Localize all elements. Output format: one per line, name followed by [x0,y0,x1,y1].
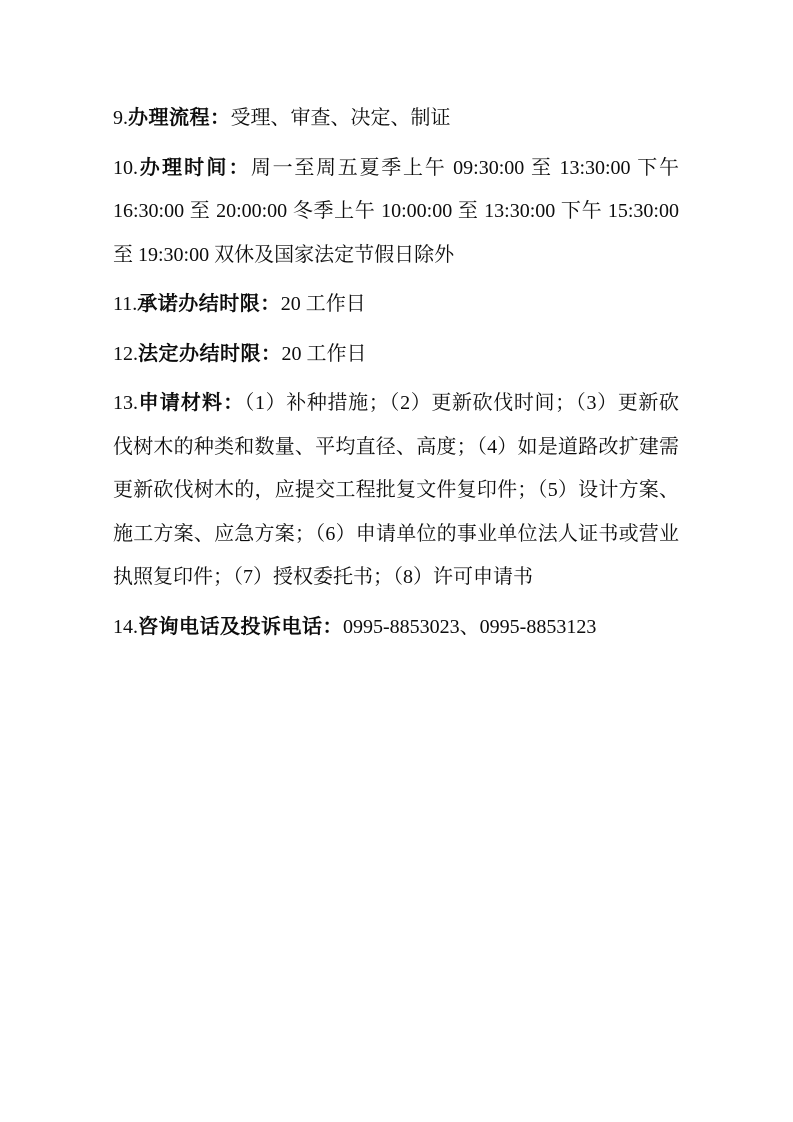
list-item-promised-deadline: 11.承诺办结时限：20 工作日 [113,283,679,327]
item-number: 12. [113,343,138,365]
document-page: 9.办理流程：受理、审查、决定、制证 10.办理时间：周一至周五夏季上午 09:… [0,0,793,1122]
item-label: 承诺办结时限： [137,293,281,315]
item-number: 14. [113,616,138,638]
list-item-application-materials: 13.申请材料：（1）补种措施；（2）更新砍伐时间；（3）更新砍伐树木的种类和数… [113,382,679,600]
item-content: 0995-8853023、0995-8853123 [343,616,596,638]
item-number: 13. [113,392,138,414]
item-label: 办理时间： [138,157,251,179]
item-content: 受理、审查、决定、制证 [231,107,451,129]
item-content: 20 工作日 [281,293,366,315]
item-content: （1）补种措施；（2）更新砍伐时间；（3）更新砍伐树木的种类和数量、平均直径、高… [113,392,679,588]
item-number: 11. [113,293,137,315]
item-label: 咨询电话及投诉电话： [138,616,343,638]
list-item-processing-flow: 9.办理流程：受理、审查、决定、制证 [113,97,679,141]
item-label: 办理流程： [128,107,231,129]
list-item-processing-time: 10.办理时间：周一至周五夏季上午 09:30:00 至 13:30:00 下午… [113,147,679,278]
list-item-phone-numbers: 14.咨询电话及投诉电话：0995-8853023、0995-8853123 [113,606,679,650]
item-label: 法定办结时限： [138,343,282,365]
item-label: 申请材料： [138,392,244,414]
item-number: 10. [113,157,138,179]
item-content: 20 工作日 [282,343,367,365]
list-item-legal-deadline: 12.法定办结时限：20 工作日 [113,333,679,377]
item-number: 9. [113,107,128,129]
